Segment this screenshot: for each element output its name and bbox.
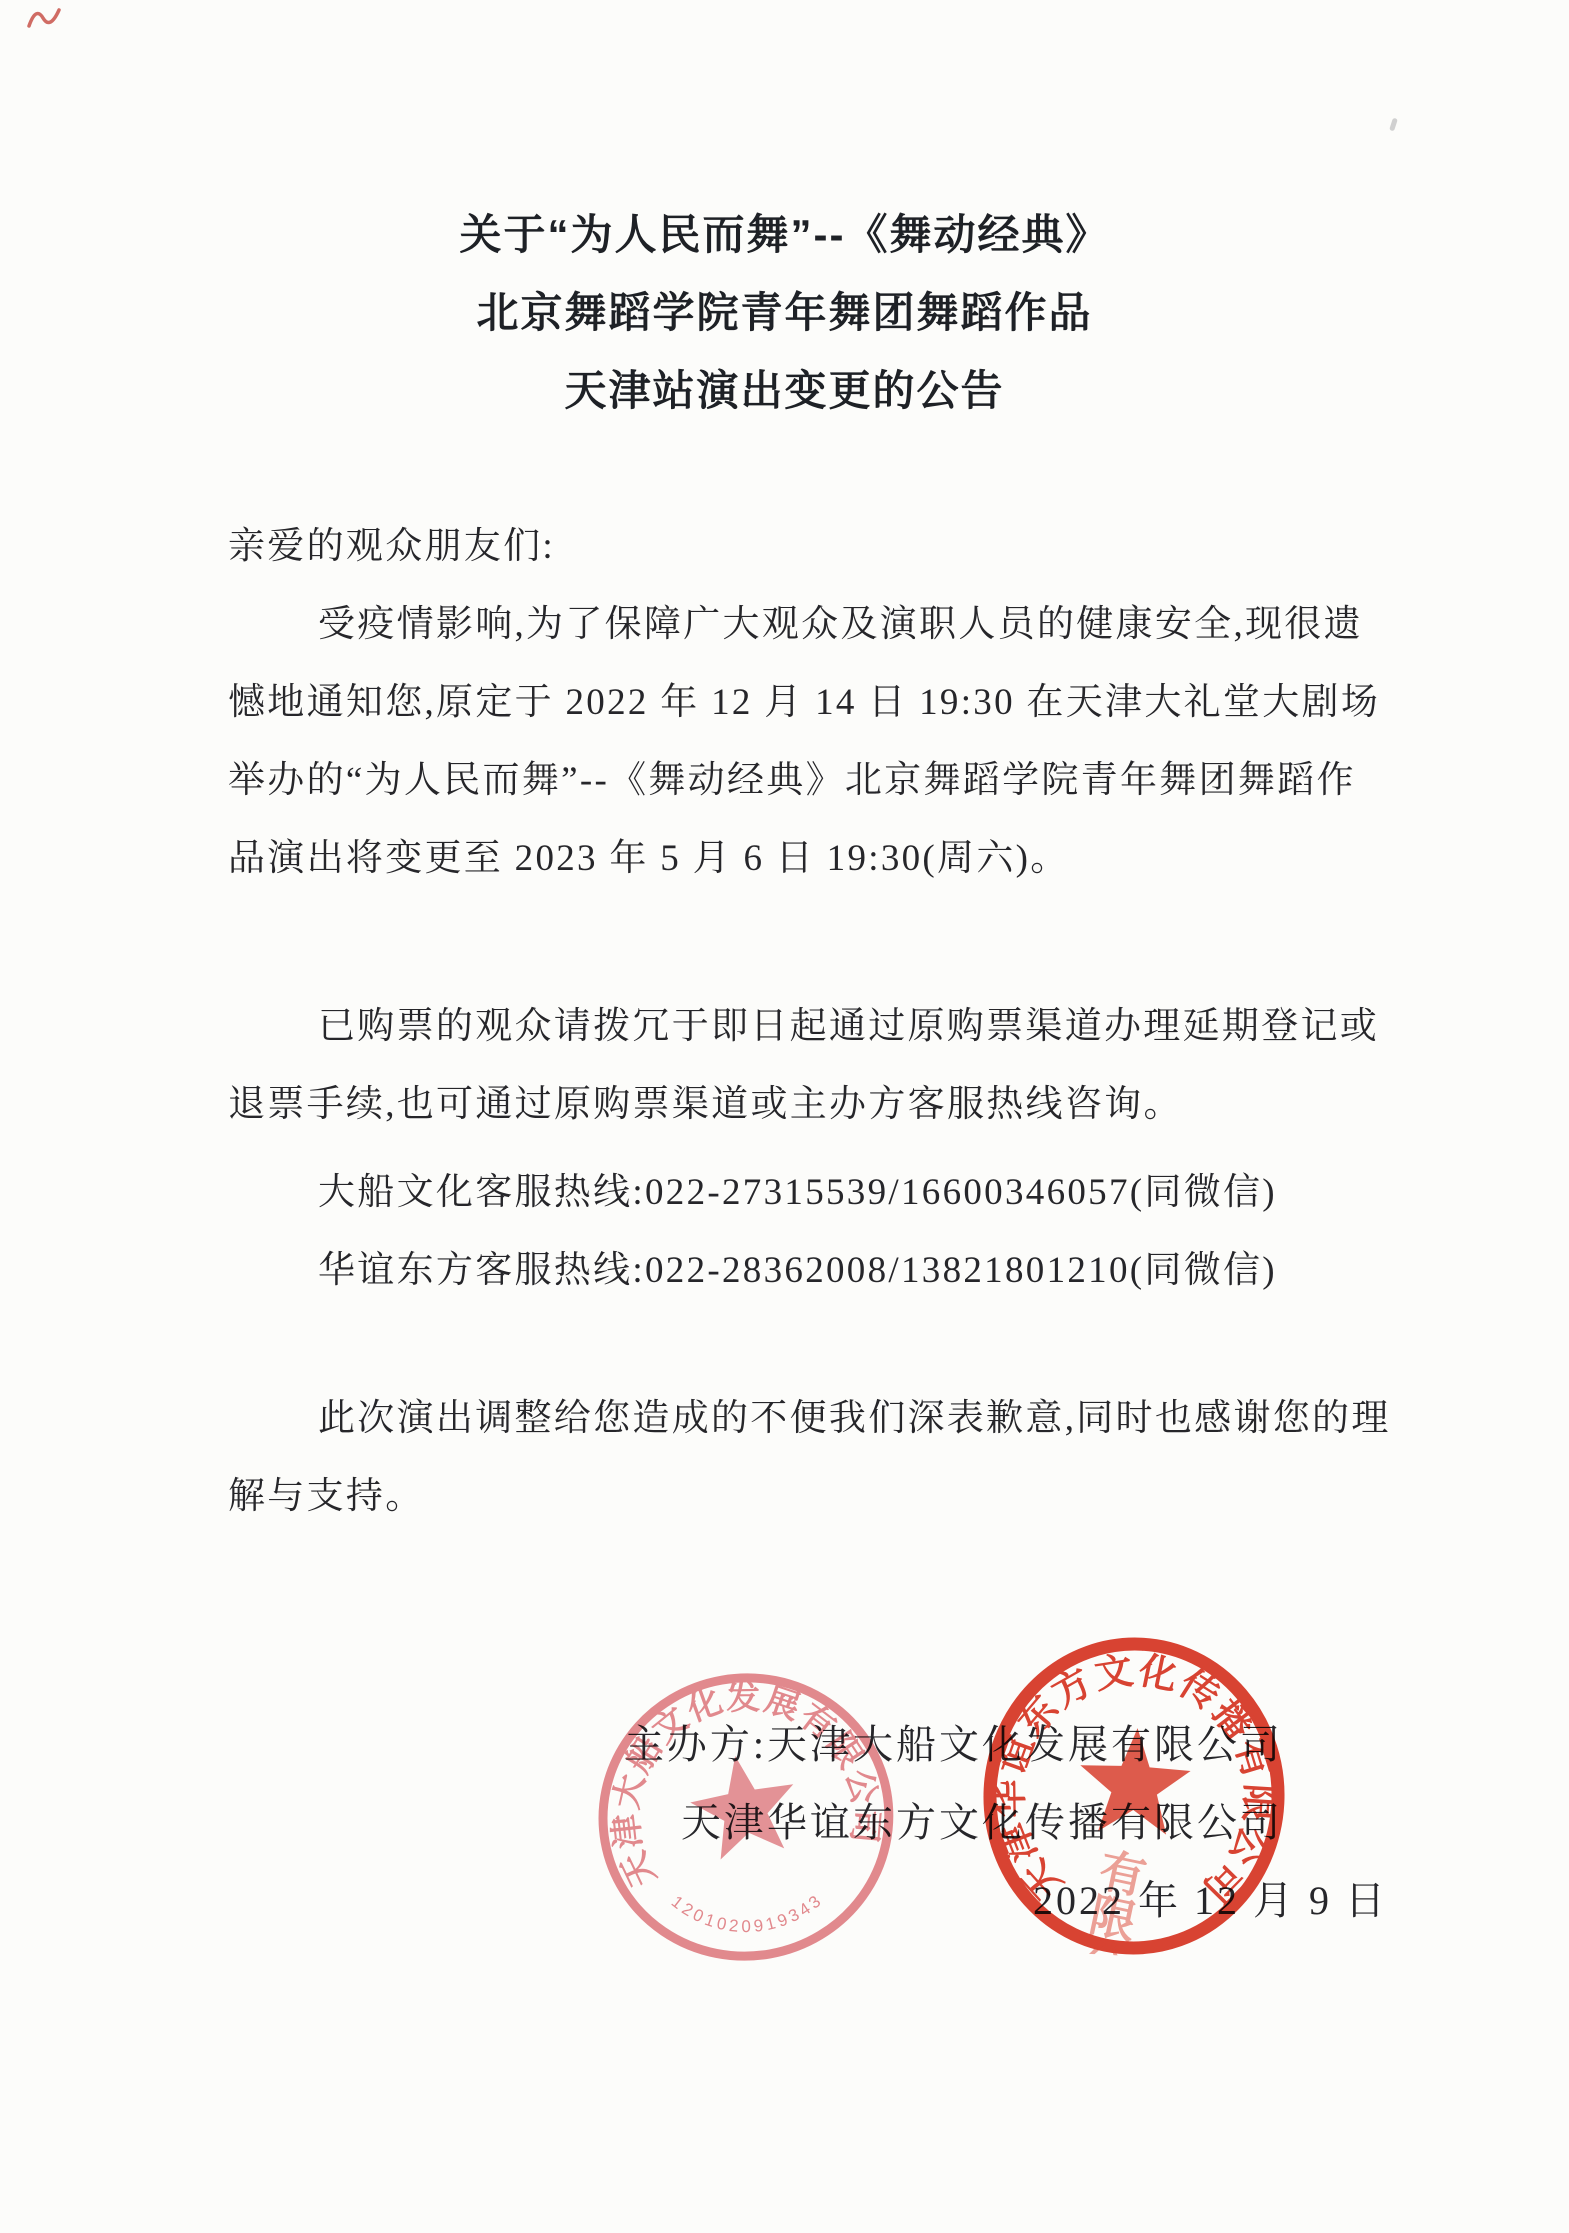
signature-date: 2022 年 12 月 9 日 (228, 1862, 1388, 1940)
announcement-document: 关于“为人民而舞”--《舞动经典》 北京舞蹈学院青年舞团舞蹈作品 天津站演出变更… (0, 0, 1569, 2233)
signature-block: 主办方:天津大船文化发展有限公司 天津华谊东方文化传播有限公司 2022 年 1… (228, 1706, 1388, 1940)
paragraph-line: 憾地通知您,原定于 2022 年 12 月 14 日 19:30 在天津大礼堂大… (228, 664, 1388, 742)
paragraph-1: 受疫情影响,为了保障广大观众及演职人员的健康安全,现很遗 憾地通知您,原定于 2… (228, 586, 1388, 898)
paragraph-2: 已购票的观众请拨冗于即日起通过原购票渠道办理延期登记或 退票手续,也可通过原购票… (228, 988, 1388, 1144)
paragraph-line: 举办的“为人民而舞”--《舞动经典》北京舞蹈学院青年舞团舞蹈作 (228, 742, 1388, 820)
signature-organizer-line-1: 主办方:天津大船文化发展有限公司 (228, 1706, 1388, 1784)
paragraph-line: 品演出将变更至 2023 年 5 月 6 日 19:30(周六)。 (228, 820, 1388, 898)
scan-artifact-red-mark (26, 2, 68, 32)
document-body: 亲爱的观众朋友们: 受疫情影响,为了保障广大观众及演职人员的健康安全,现很遗 憾… (228, 508, 1388, 1940)
title-line-3: 天津站演出变更的公告 (0, 352, 1569, 430)
paragraph-line: 退票手续,也可通过原购票渠道或主办方客服热线咨询。 (228, 1066, 1388, 1144)
salutation: 亲爱的观众朋友们: (228, 508, 1388, 586)
paragraph-line: 解与支持。 (228, 1458, 1388, 1536)
paragraph-line: 已购票的观众请拨冗于即日起通过原购票渠道办理延期登记或 (228, 988, 1388, 1066)
title-line-1: 关于“为人民而舞”--《舞动经典》 (0, 196, 1569, 274)
document-title: 关于“为人民而舞”--《舞动经典》 北京舞蹈学院青年舞团舞蹈作品 天津站演出变更… (0, 0, 1569, 430)
title-line-2: 北京舞蹈学院青年舞团舞蹈作品 (0, 274, 1569, 352)
paragraph-line: 受疫情影响,为了保障广大观众及演职人员的健康安全,现很遗 (228, 586, 1388, 664)
hotlines: 大船文化客服热线:022-27315539/16600346057(同微信) 华… (228, 1154, 1388, 1310)
hotline-dachuan: 大船文化客服热线:022-27315539/16600346057(同微信) (228, 1154, 1388, 1232)
hotline-huayi: 华谊东方客服热线:022-28362008/13821801210(同微信) (228, 1232, 1388, 1310)
paragraph-line: 此次演出调整给您造成的不便我们深表歉意,同时也感谢您的理 (228, 1380, 1388, 1458)
paragraph-3: 此次演出调整给您造成的不便我们深表歉意,同时也感谢您的理 解与支持。 (228, 1380, 1388, 1536)
signature-organizer-line-2: 天津华谊东方文化传播有限公司 (228, 1784, 1388, 1862)
